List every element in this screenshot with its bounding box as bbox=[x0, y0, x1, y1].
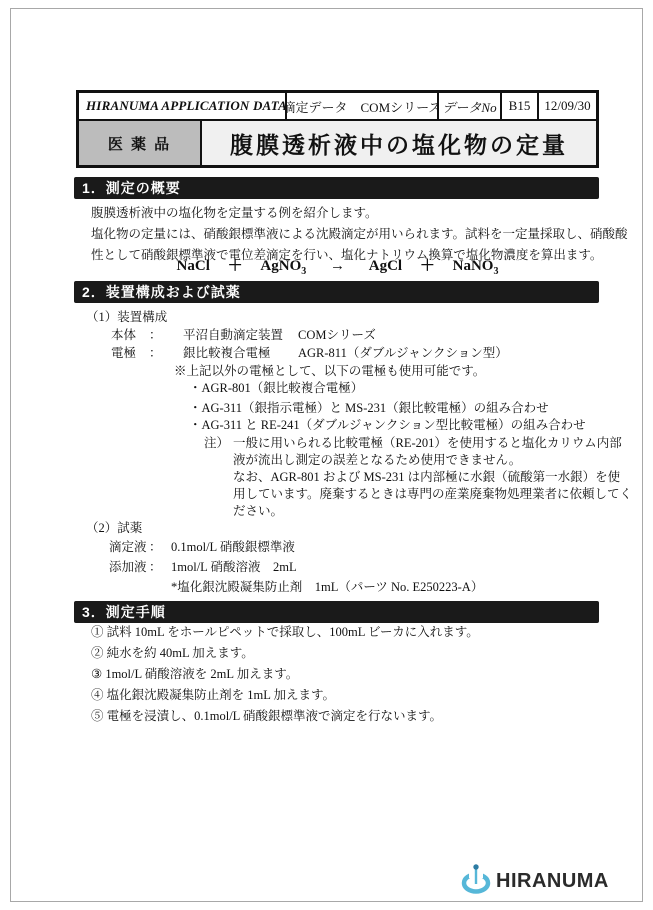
eq-reactant-2: AgNO3 bbox=[260, 258, 306, 277]
data-no-value: B15 bbox=[502, 93, 539, 119]
device-label: 電極 bbox=[111, 345, 136, 362]
eq-plus-1: ＋ bbox=[228, 254, 243, 275]
device-model: COMシリーズ bbox=[298, 327, 376, 344]
procedure-step-4: ④ 塩化銀沈殿凝集防止剤を 1mL 加えます。 bbox=[91, 687, 335, 704]
device-name: 平沼自動滴定装置 bbox=[183, 327, 283, 344]
section3-heading: 3．測定手順 bbox=[82, 602, 166, 622]
document-page: HIRANUMA APPLICATION DATA 滴定データ COMシリーズ … bbox=[10, 8, 643, 902]
reagent-value: 0.1mol/L 硝酸銀標準液 bbox=[171, 539, 295, 556]
eq-product-2: NaNO3 bbox=[453, 258, 499, 277]
device-model: AGR-811（ダブルジャンクション型） bbox=[298, 345, 508, 362]
device-label: 本体 bbox=[111, 327, 136, 344]
reagent-note: *塩化銀沈殿凝集防止剤 1mL（パーツ No. E250223-A） bbox=[171, 579, 483, 596]
header-table: HIRANUMA APPLICATION DATA 滴定データ COMシリーズ … bbox=[76, 90, 599, 168]
document-date: 12/09/30 bbox=[539, 93, 596, 119]
caution-line-2: 液が流出し測定の誤差となるため使用できません。 bbox=[233, 452, 521, 469]
eq-plus-2: ＋ bbox=[420, 254, 435, 275]
brand-title: HIRANUMA APPLICATION DATA bbox=[79, 93, 287, 119]
reagent-value: 1mol/L 硝酸溶液 2mL bbox=[171, 559, 297, 576]
category-badge: 医 薬 品 bbox=[79, 121, 202, 165]
procedure-step-5: ⑤ 電極を浸漬し、0.1mol/L 硝酸銀標準液で滴定を行ないます。 bbox=[91, 708, 442, 725]
alternative-electrode-3: ・AG-311 と RE-241（ダブルジャンクション型比較電極）の組み合わせ bbox=[189, 417, 586, 434]
device-colon: ： bbox=[149, 345, 162, 362]
device-colon: ： bbox=[149, 327, 162, 344]
header-row-meta: HIRANUMA APPLICATION DATA 滴定データ COMシリーズ … bbox=[79, 93, 596, 121]
eq-reactant-1: NaCl bbox=[177, 258, 210, 275]
device-name: 銀比較複合電極 bbox=[183, 345, 271, 362]
caution-line-1: 一般に用いられる比較電極（RE-201）を使用すると塩化カリウム内部 bbox=[233, 435, 622, 452]
document-title: 腹膜透析液中の塩化物の定量 bbox=[202, 121, 596, 165]
reagent-label: 滴定液 bbox=[109, 539, 147, 556]
overview-line-1: 腹膜透析液中の塩化物を定量する例を紹介します。 bbox=[91, 205, 378, 222]
section2-heading: 2．装置構成および試薬 bbox=[82, 282, 241, 302]
electrode-note: ※上記以外の電極として、以下の電極も使用可能です。 bbox=[174, 363, 485, 380]
eq-arrow: → bbox=[330, 258, 345, 275]
section3-heading-bar: 3．測定手順 bbox=[74, 601, 599, 623]
header-row-title: 医 薬 品 腹膜透析液中の塩化物の定量 bbox=[79, 121, 596, 165]
series-label: 滴定データ COMシリーズ bbox=[287, 93, 439, 119]
section1-heading-bar: 1．測定の概要 bbox=[74, 177, 599, 199]
alternative-electrode-2: ・AG-311（銀指示電極）と MS-231（銀比較電極）の組み合わせ bbox=[189, 400, 549, 417]
reagent-colon: ： bbox=[149, 539, 162, 556]
caution-label: 注） bbox=[204, 435, 229, 452]
droplet-dish-icon bbox=[459, 863, 493, 897]
caution-line-5: ださい。 bbox=[233, 503, 283, 520]
caution-line-3: なお、AGR-801 および MS-231 は内部極に水銀（硫酸第一水銀）を使 bbox=[233, 469, 620, 486]
procedure-step-3: ③ 1mol/L 硝酸溶液を 2mL 加えます。 bbox=[91, 666, 298, 683]
reagent-label: 添加液 bbox=[109, 559, 147, 576]
alternative-electrode-1: ・AGR-801（銀比較複合電極） bbox=[189, 380, 363, 397]
procedure-step-2: ② 純水を約 40mL 加えます。 bbox=[91, 645, 254, 662]
overview-line-2: 塩化物の定量には、硝酸銀標準液による沈殿滴定が用いられます。試料を一定量採取し、… bbox=[91, 226, 628, 243]
logo-wordmark: HIRANUMA bbox=[496, 870, 609, 893]
subsection-reagents-label: （2）試薬 bbox=[86, 520, 142, 537]
eq-product-1: AgCl bbox=[369, 258, 402, 275]
subsection-equipment-label: （1）装置構成 bbox=[86, 309, 167, 326]
data-no-label: データNo bbox=[439, 93, 502, 119]
caution-line-4: 用しています。廃棄するときは専門の産業廃棄物処理業者に依頼してく bbox=[233, 486, 632, 503]
procedure-step-1: ① 試料 10mL をホールピペットで採取し、100mL ビーカに入れます。 bbox=[91, 624, 479, 641]
company-logo: HIRANUMA bbox=[459, 863, 609, 897]
section1-heading: 1．測定の概要 bbox=[82, 178, 181, 198]
section2-heading-bar: 2．装置構成および試薬 bbox=[74, 281, 599, 303]
chemical-equation: NaCl ＋ AgNO3 → AgCl ＋ NaNO3 bbox=[76, 254, 599, 277]
reagent-colon: ： bbox=[149, 559, 162, 576]
